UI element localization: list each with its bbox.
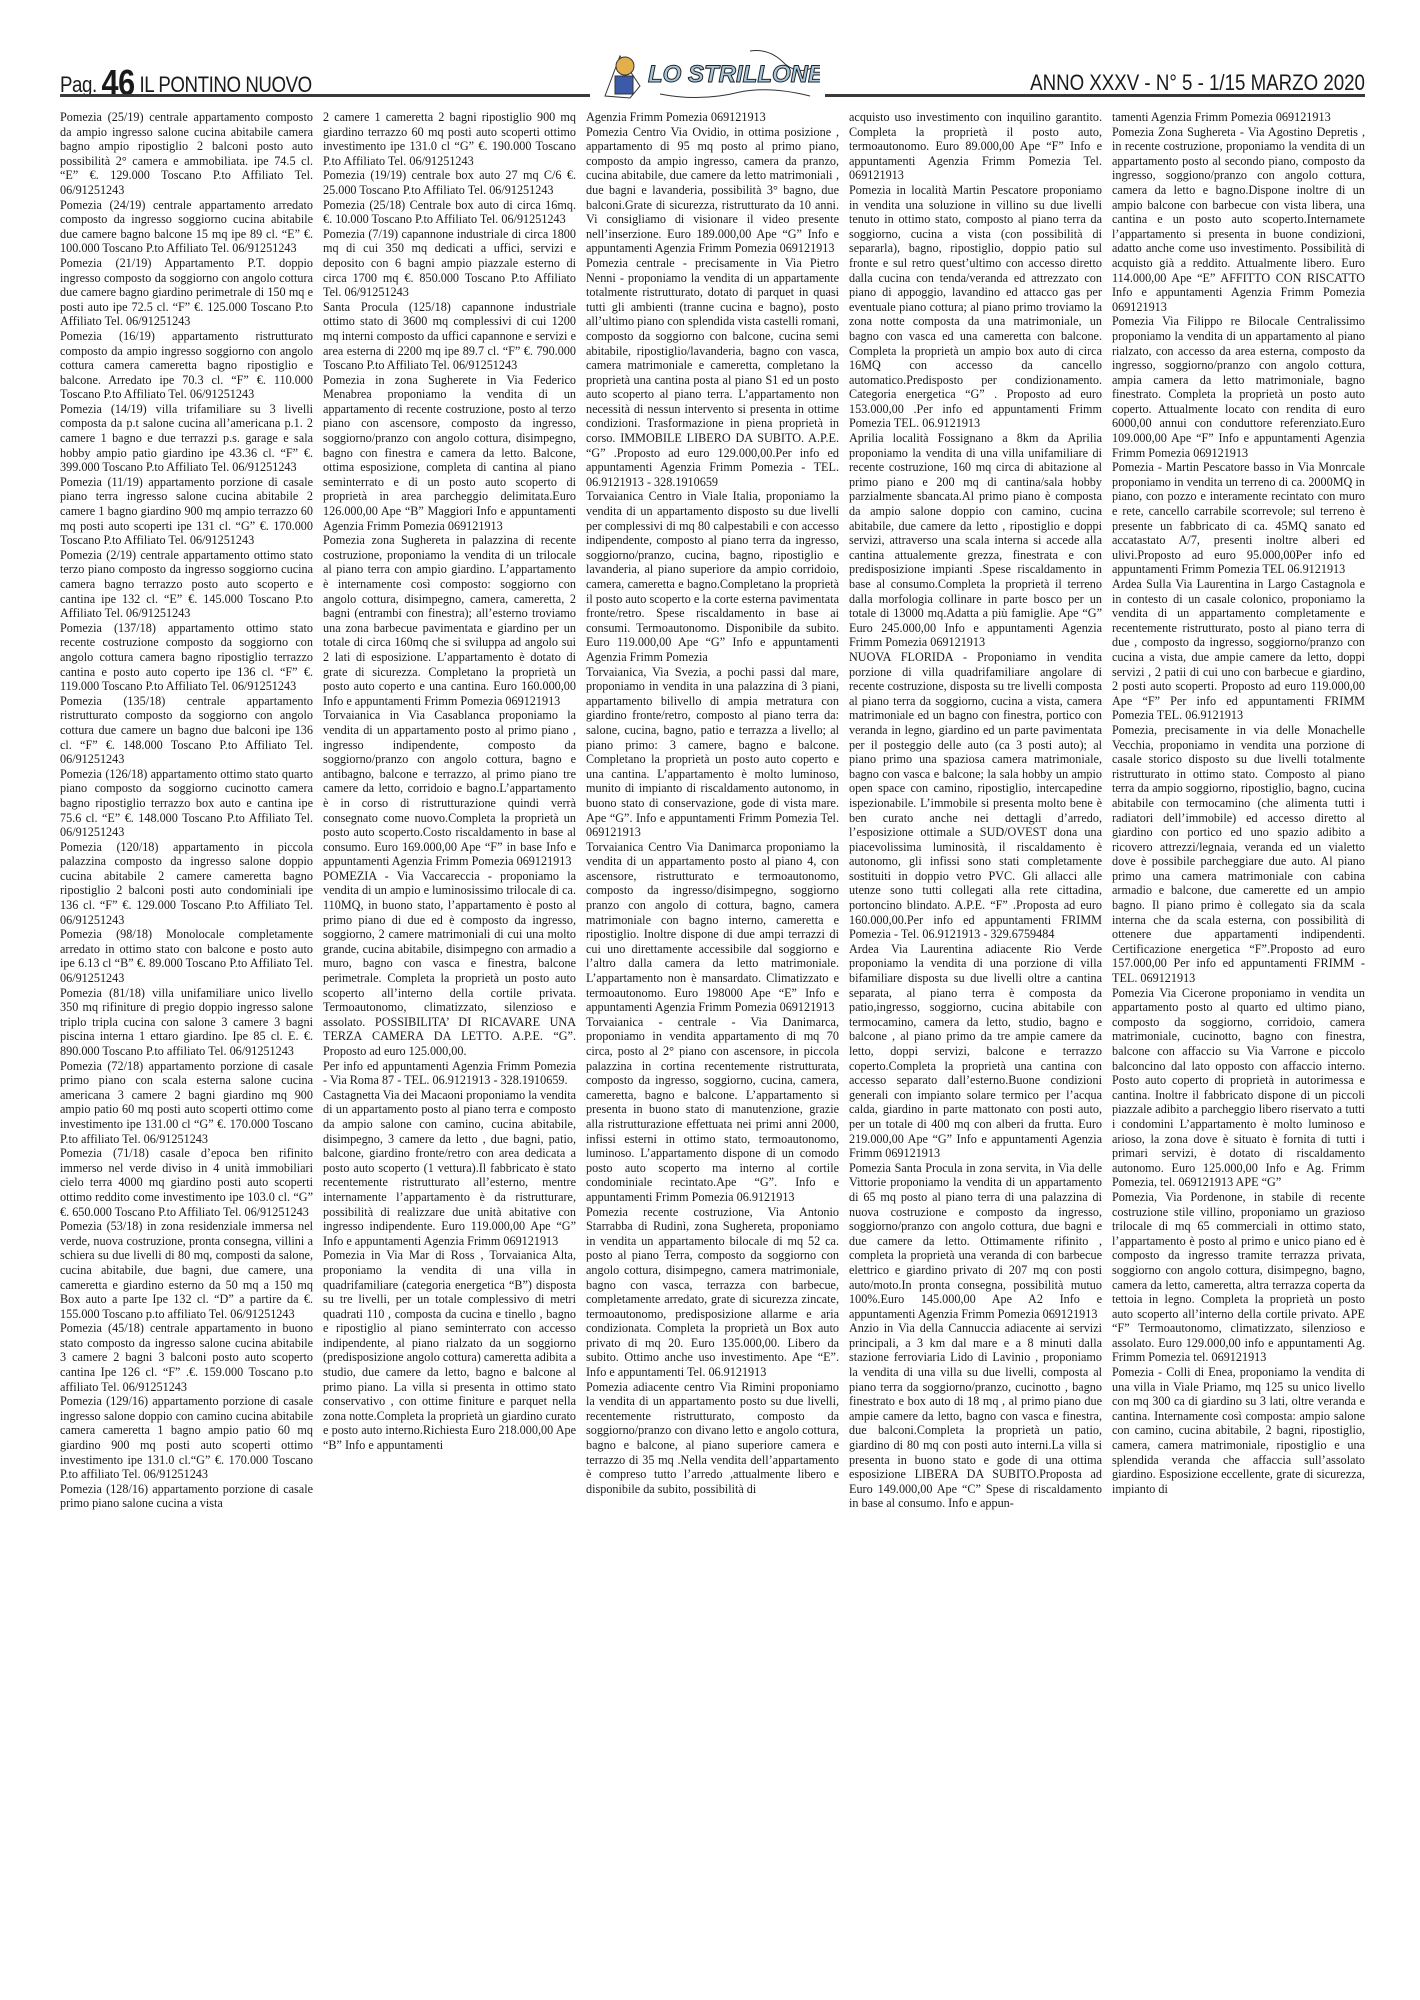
listing: Ardea Sulla Via Laurentina in Largo Cast… [1112,577,1365,723]
listing: Aprilia località Fossignano a 8km da Apr… [849,431,1102,650]
listing: Pomezia (128/16) appartamento porzione d… [60,1482,313,1511]
issue-info: ANNO XXXV - N° 5 - 1/15 MARZO 2020 [1030,70,1365,96]
listing: Pomezia zona Sughereta in palazzina di r… [323,533,576,708]
listing: Pomezia (72/18) appartamento porzione di… [60,1059,313,1147]
listing: Pomezia Via Cicerone proponiamo in vendi… [1112,986,1365,1190]
listing: Ardea Via Laurentina adiacente Rio Verde… [849,942,1102,1161]
listing: Pomezia (7/19) capannone industriale di … [323,227,576,300]
listing: Pomezia Santa Procula in zona servita, i… [849,1161,1102,1322]
column-4: acquisto uso investimento con inquilino … [849,110,1102,1990]
listing: Pomezia in zona Sugherete in Via Federic… [323,373,576,534]
listing: Pomezia (126/18) appartamento ottimo sta… [60,767,313,840]
listing: Pomezia (2/19) centrale appartamento ott… [60,548,313,621]
listing: Pomezia (135/18) centrale appartamento r… [60,694,313,767]
listing: Pomezia recente costruzione, Via Antonio… [586,1205,839,1380]
listing: acquisto uso investimento con inquilino … [849,110,1102,183]
listing: Pomezia in località Martin Pescatore pro… [849,183,1102,431]
listing: Anzio in Via della Cannuccia adiacente a… [849,1321,1102,1511]
listing: Pomezia in Via Mar di Ross , Torvaianica… [323,1248,576,1452]
listing: NUOVA FLORIDA - Proponiamo in vendita po… [849,650,1102,942]
listing: Pomezia Zona Sughereta - Via Agostino De… [1112,125,1365,315]
listing: tamenti Agenzia Frimm Pomezia 069121913 [1112,110,1365,125]
listing: Pomezia (14/19) villa trifamiliare su 3 … [60,402,313,475]
column-1: Pomezia (25/19) centrale appartamento co… [60,110,313,1990]
listing: Pomezia (98/18) Monolocale completamente… [60,927,313,985]
listing: 2 camere 1 cameretta 2 bagni ripostiglio… [323,110,576,168]
listing: POMEZIA - Via Vaccareccia - proponiamo l… [323,869,576,1059]
listing: Pomezia (16/19) appartamento ristruttura… [60,329,313,402]
listing: Agenzia Frimm Pomezia 069121913 [586,110,839,125]
listing: Torvaianica Centro Via Danimarca proponi… [586,840,839,1015]
page-label: Pag. 46 IL PONTINO NUOVO [60,62,312,104]
listing: Torvaianica - centrale - Via Danimarca, … [586,1015,839,1205]
column-5: tamenti Agenzia Frimm Pomezia 069121913P… [1112,110,1365,1990]
listing: Pomezia (129/16) appartamento porzione d… [60,1394,313,1482]
column-3: Agenzia Frimm Pomezia 069121913Pomezia C… [586,110,839,1990]
listing: Pomezia - Colli di Enea, proponiamo la v… [1112,1365,1365,1496]
listing: Pomezia (120/18) appartamento in piccola… [60,840,313,928]
listing: Pomezia Via Filippo re Bilocale Centrali… [1112,314,1365,460]
listing: Pomezia adiacente centro Via Rimini prop… [586,1380,839,1497]
lo-strillone-logo: LO STRILLONE [600,46,820,102]
listing: Torvaianica, Via Svezia, a pochi passi d… [586,665,839,840]
listing: Pomezia (137/18) appartamento ottimo sta… [60,621,313,694]
header-rule-left [60,94,590,97]
listing: Pomezia (19/19) centrale box auto 27 mq … [323,168,576,197]
listing: Pomezia (21/19) Appartamento P.T. doppio… [60,256,313,329]
listing: Pomezia (71/18) casale d’epoca ben rifin… [60,1146,313,1219]
listing: Pomezia (24/19) centrale appartamento ar… [60,198,313,256]
listing: Pomezia, precisamente in via delle Monac… [1112,723,1365,986]
listing: Pomezia (81/18) villa unifamiliare unico… [60,986,313,1059]
listing: Pomezia (45/18) centrale appartamento in… [60,1321,313,1394]
page-header: Pag. 46 IL PONTINO NUOVO LO STRILLONE AN… [60,62,1365,112]
listing: Pomezia (25/19) centrale appartamento co… [60,110,313,198]
listing: Pomezia (25/18) Centrale box auto di cir… [323,198,576,227]
listing: Santa Procula (125/18) capannone industr… [323,300,576,373]
classified-columns: Pomezia (25/19) centrale appartamento co… [60,110,1365,1990]
listing: Pomezia Centro Via Ovidio, in ottima pos… [586,125,839,256]
listing: Per info ed appuntamenti Agenzia Frimm P… [323,1059,576,1088]
listing: Pomezia - Martin Pescatore basso in Via … [1112,460,1365,577]
listing: Pomezia (53/18) in zona residenziale imm… [60,1219,313,1321]
listing: Torvaianica in Via Casablanca proponiamo… [323,708,576,869]
listing: Torvaianica Centro in Viale Italia, prop… [586,489,839,664]
listing: Castagnetta Via dei Macaoni proponiamo l… [323,1088,576,1249]
listing: Pomezia (11/19) appartamento porzione di… [60,475,313,548]
listing: Pomezia, Via Pordenone, in stabile di re… [1112,1190,1365,1365]
listing: Pomezia centrale - precisamente in Via P… [586,256,839,490]
column-2: 2 camere 1 cameretta 2 bagni ripostiglio… [323,110,576,1990]
svg-text:LO STRILLONE: LO STRILLONE [648,61,820,88]
